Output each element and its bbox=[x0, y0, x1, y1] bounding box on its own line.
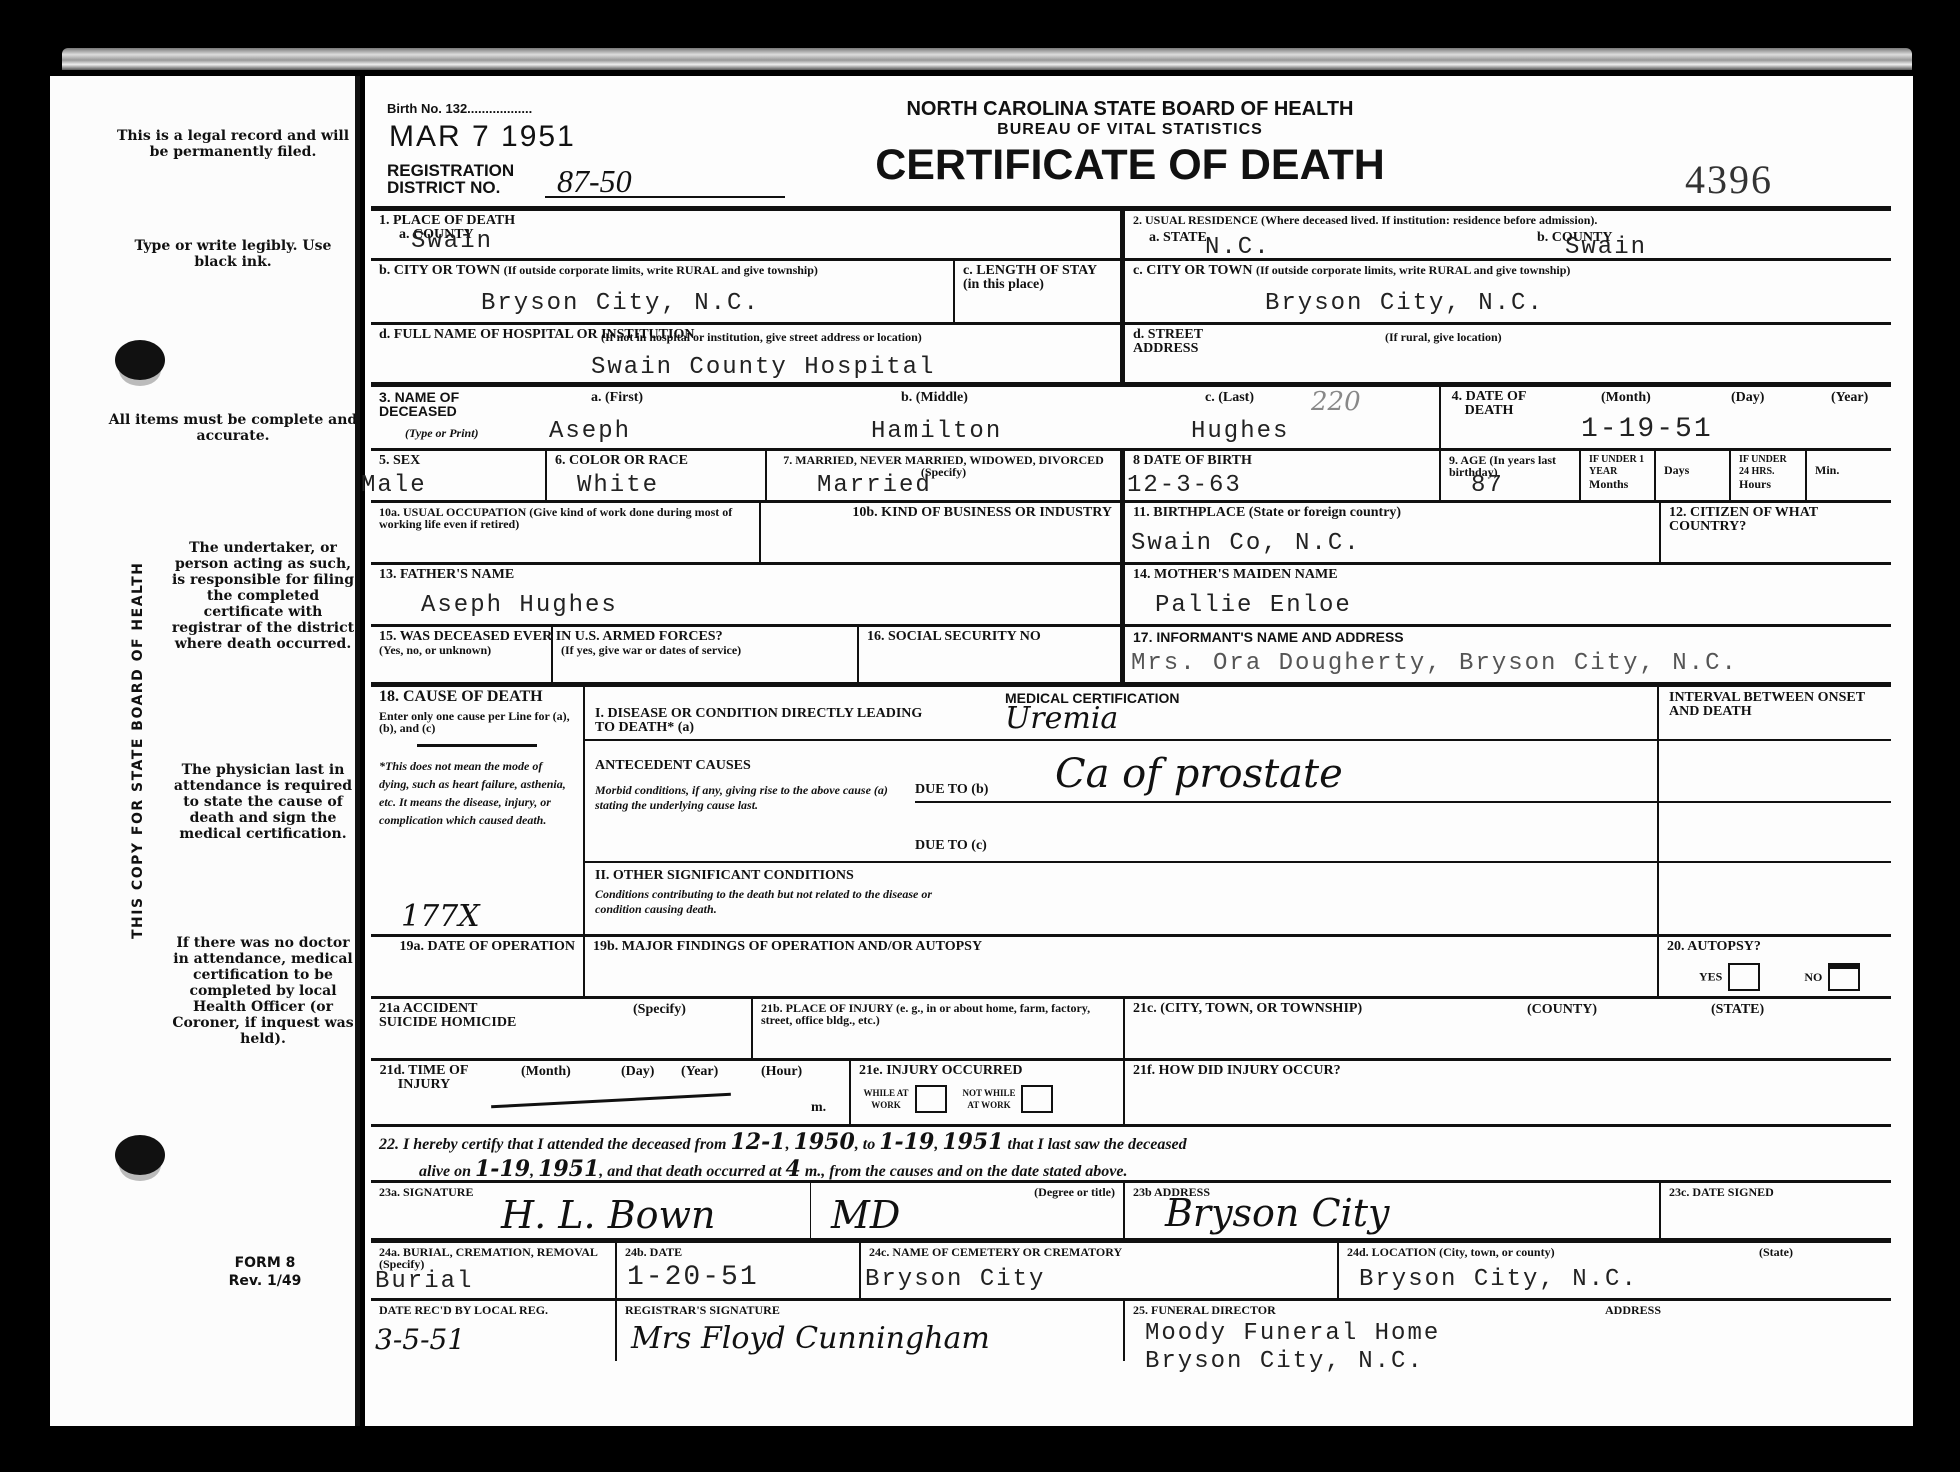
field-label: Hours bbox=[1739, 478, 1797, 490]
cert-text: 22. I hereby certify that I attended the… bbox=[379, 1136, 727, 1153]
birth-number: Birth No. 132.................. bbox=[387, 101, 532, 116]
punch-hole-icon bbox=[115, 1135, 165, 1175]
registration-district-no: 87-50 bbox=[545, 166, 785, 198]
field-label: (State) bbox=[1759, 1246, 1793, 1258]
burial-location-value: Bryson City, N.C. bbox=[1359, 1267, 1638, 1293]
stub-note-legal: This is a legal record and will be perma… bbox=[108, 128, 358, 160]
attended-to-value: 1-19 bbox=[879, 1129, 934, 1155]
row-occupation: 10a. USUAL OCCUPATION (Give kind of work… bbox=[371, 503, 1891, 565]
age-value: 87 bbox=[1471, 473, 1504, 499]
row-injury-time: 21d. TIME OF INJURY (Month) (Day) (Year)… bbox=[371, 1061, 1891, 1127]
field-label: c. LENGTH OF STAY (in this place) bbox=[963, 264, 1112, 292]
row-cause-of-death: 18. CAUSE OF DEATH Enter only one cause … bbox=[371, 687, 1891, 937]
degree-title: (Degree or title) MD bbox=[811, 1183, 1125, 1238]
row-signature: 23a. SIGNATURE H. L. Bown (Degree or tit… bbox=[371, 1183, 1891, 1243]
autopsy-no-checkbox[interactable] bbox=[1828, 963, 1860, 991]
physician-address: 23b ADDRESS Bryson City bbox=[1125, 1183, 1661, 1238]
org-name: NORTH CAROLINA STATE BOARD OF HEALTH bbox=[805, 98, 1455, 121]
form-number: FORM 8 Rev. 1/49 bbox=[200, 1254, 330, 1290]
divider bbox=[915, 801, 1657, 803]
deceased-name: 3. NAME OF DECEASED (Type or Print) a. (… bbox=[371, 387, 1441, 448]
accident-type: 21a ACCIDENT SUICIDE HOMICIDE (Specify) bbox=[371, 999, 753, 1058]
field-label: Days bbox=[1664, 464, 1721, 476]
marital-status: 7. MARRIED, NEVER MARRIED, WIDOWED, DIVO… bbox=[767, 451, 1125, 500]
field-label: 4. DATE OF DEATH bbox=[1449, 390, 1529, 418]
field-label: (Year) bbox=[681, 1065, 718, 1079]
age-days: Days bbox=[1656, 451, 1731, 500]
field-label: 1. PLACE OF DEATH bbox=[379, 214, 1112, 228]
death-time-value: 4 bbox=[786, 1156, 801, 1182]
issuing-org: NORTH CAROLINA STATE BOARD OF HEALTH BUR… bbox=[805, 98, 1455, 190]
mother-maiden-name: 14. MOTHER'S MAIDEN NAME Pallie Enloe bbox=[1125, 565, 1891, 624]
autopsy-yes-checkbox[interactable] bbox=[1728, 963, 1760, 991]
citizenship: 12. CITIZEN OF WHAT COUNTRY? bbox=[1661, 503, 1891, 562]
usual-occupation: 10a. USUAL OCCUPATION (Give kind of work… bbox=[371, 503, 761, 562]
mother-value: Pallie Enloe bbox=[1155, 593, 1352, 619]
field-label: 3. NAME OF DECEASED bbox=[379, 390, 499, 418]
field-label: 21a ACCIDENT SUICIDE HOMICIDE bbox=[379, 1002, 529, 1030]
registrar-signature-value: Mrs Floyd Cunningham bbox=[631, 1321, 990, 1356]
divider bbox=[585, 739, 1657, 741]
field-label: (Month) bbox=[521, 1065, 571, 1079]
field-label: 12. CITIZEN OF WHAT COUNTRY? bbox=[1669, 506, 1883, 534]
field-value: Swain bbox=[1565, 235, 1647, 261]
last-seen-year: 1951 bbox=[538, 1156, 599, 1182]
field-label: 8 DATE OF BIRTH bbox=[1133, 454, 1431, 468]
field-hint: (If outside corporate limits, write RURA… bbox=[1256, 263, 1570, 277]
divider bbox=[1659, 739, 1891, 741]
field-label: DUE TO (c) bbox=[915, 839, 987, 853]
row-operation: 19a. DATE OF OPERATION 19b. MAJOR FINDIN… bbox=[371, 937, 1891, 999]
field-value: Swain County Hospital bbox=[591, 355, 935, 381]
struck-through-time bbox=[491, 1093, 731, 1109]
field-label: 6. COLOR OR RACE bbox=[555, 454, 757, 468]
field-hint: (Type or Print) bbox=[405, 427, 479, 439]
field-label: 15. WAS DECEASED EVER IN U.S. ARMED FORC… bbox=[379, 630, 543, 644]
field-label: 10a. USUAL OCCUPATION (Give kind of work… bbox=[379, 506, 751, 530]
field-label: (Hour) bbox=[761, 1065, 802, 1079]
residence-state-county: 2. USUAL RESIDENCE (Where deceased lived… bbox=[1125, 211, 1891, 258]
field-label: 24d. LOCATION (City, town, or county) bbox=[1347, 1245, 1555, 1259]
divider bbox=[417, 744, 537, 747]
last-name-value: Hughes bbox=[1191, 419, 1289, 445]
race-value: White bbox=[577, 473, 659, 499]
form-no: FORM 8 bbox=[200, 1254, 330, 1272]
instruction-stub bbox=[50, 76, 360, 1426]
length-of-stay: c. LENGTH OF STAY (in this place) bbox=[955, 261, 1125, 322]
social-security-no: 16. SOCIAL SECURITY NO bbox=[859, 627, 1125, 682]
form-rev: Rev. 1/49 bbox=[200, 1272, 330, 1290]
field-label: ANTECEDENT CAUSES bbox=[595, 759, 751, 773]
how-injury-occurred: 21f. HOW DID INJURY OCCUR? bbox=[1125, 1061, 1891, 1124]
stub-note-legibly: Type or write legibly. Use black ink. bbox=[133, 238, 333, 270]
form-grid: 1. PLACE OF DEATH a. COUNTY Swain 2. USU… bbox=[371, 206, 1891, 1361]
attended-to-year: 1951 bbox=[942, 1129, 1003, 1155]
field-label: d. STREET ADDRESS bbox=[1133, 328, 1243, 356]
received-stamp: MAR 7 1951 bbox=[389, 120, 576, 154]
first-name-value: Aseph bbox=[549, 419, 631, 445]
divider bbox=[1659, 861, 1891, 863]
date-received-value: 3-5-51 bbox=[375, 1323, 465, 1356]
place-of-injury: 21b. PLACE OF INJURY (e. g., in or about… bbox=[753, 999, 1125, 1058]
field-hint: (If not in hospital or institution, give… bbox=[601, 331, 922, 343]
field-hint: Conditions contributing to the death but… bbox=[595, 887, 955, 917]
dob-value: 12-3-63 bbox=[1127, 473, 1242, 499]
field-label: II. OTHER SIGNIFICANT CONDITIONS bbox=[595, 869, 854, 883]
not-while-at-work-label: NOT WHILE AT WORK bbox=[961, 1087, 1017, 1111]
cause-lines: MEDICAL CERTIFICATION I. DISEASE OR COND… bbox=[585, 687, 1659, 934]
field-label: c. CITY OR TOWN bbox=[1133, 263, 1253, 278]
cause-a-value: Uremia bbox=[1005, 701, 1118, 736]
row-injury-place: 21a ACCIDENT SUICIDE HOMICIDE (Specify) … bbox=[371, 999, 1891, 1061]
place-of-death-city: b. CITY OR TOWN (If outside corporate li… bbox=[371, 261, 955, 322]
autopsy-options: YES NO bbox=[1699, 963, 1860, 991]
field-value: Bryson City, N.C. bbox=[481, 291, 760, 317]
divider bbox=[1659, 801, 1891, 803]
field-label: 9. AGE (In years last birthday) bbox=[1449, 454, 1571, 478]
field-label: 24c. NAME OF CEMETERY OR CREMATORY bbox=[869, 1246, 1329, 1258]
field-label: a. STATE bbox=[1149, 231, 1207, 245]
time-of-injury: 21d. TIME OF INJURY (Month) (Day) (Year)… bbox=[371, 1061, 851, 1124]
field-label: DATE REC'D BY LOCAL REG. bbox=[379, 1304, 607, 1316]
while-at-work-checkbox[interactable] bbox=[915, 1085, 947, 1113]
field-label: 21c. (CITY, TOWN, OR TOWNSHIP) bbox=[1133, 1002, 1883, 1016]
interval-onset-death: INTERVAL BETWEEN ONSET AND DEATH bbox=[1659, 687, 1891, 934]
field-value: Bryson City, N.C. bbox=[1265, 291, 1544, 317]
autopsy-yes-label: YES bbox=[1699, 970, 1722, 984]
cert-text: m., from the causes and on the date stat… bbox=[805, 1163, 1128, 1180]
physician-signature: 23a. SIGNATURE H. L. Bown bbox=[371, 1183, 811, 1238]
field-label: 21f. HOW DID INJURY OCCUR? bbox=[1133, 1064, 1883, 1078]
informant: 17. INFORMANT'S NAME AND ADDRESS Mrs. Or… bbox=[1125, 627, 1891, 682]
field-hint: (If rural, give location) bbox=[1385, 331, 1502, 343]
birthplace: 11. BIRTHPLACE (State or foreign country… bbox=[1125, 503, 1661, 562]
kind-of-business: 10b. KIND OF BUSINESS OR INDUSTRY bbox=[761, 503, 1125, 562]
certificate-sheet: Birth No. 132.................. MAR 7 19… bbox=[365, 76, 1913, 1426]
informant-value: Mrs. Ora Dougherty, Bryson City, N.C. bbox=[1131, 651, 1738, 677]
field-label: m. bbox=[811, 1101, 826, 1115]
stub-note-physician: The physician last in attendance is requ… bbox=[168, 762, 358, 842]
field-label: 14. MOTHER'S MAIDEN NAME bbox=[1133, 568, 1883, 582]
field-label: (Day) bbox=[621, 1065, 654, 1079]
armed-forces: 15. WAS DECEASED EVER IN U.S. ARMED FORC… bbox=[371, 627, 553, 682]
date-of-death: 4. DATE OF DEATH (Month) (Day) (Year) 1-… bbox=[1441, 387, 1891, 448]
stub-note-complete: All items must be complete and accurate. bbox=[108, 412, 358, 444]
field-label: (Month) bbox=[1601, 391, 1651, 405]
last-name-annotation: 220 bbox=[1311, 387, 1361, 417]
injury-location: 21c. (CITY, TOWN, OR TOWNSHIP) (COUNTY) … bbox=[1125, 999, 1891, 1058]
age-minutes: Min. bbox=[1807, 451, 1891, 500]
field-label: 11. BIRTHPLACE (State or foreign country… bbox=[1133, 505, 1401, 520]
field-label: 19b. MAJOR FINDINGS OF OPERATION AND/OR … bbox=[593, 940, 1649, 954]
registrar-signature: REGISTRAR'S SIGNATURE Mrs Floyd Cunningh… bbox=[617, 1301, 1125, 1361]
row-informant: 15. WAS DECEASED EVER IN U.S. ARMED FORC… bbox=[371, 627, 1891, 687]
cert-text: and that death occurred at bbox=[607, 1163, 781, 1180]
burial-location: 24d. LOCATION (City, town, or county)(St… bbox=[1339, 1243, 1891, 1298]
field-hint: Morbid conditions, if any, giving rise t… bbox=[595, 783, 915, 813]
field-label: 5. SEX bbox=[379, 454, 537, 468]
field-label: I. DISEASE OR CONDITION DIRECTLY LEADING… bbox=[595, 707, 925, 735]
date-of-birth: 8 DATE OF BIRTH 12-3-63 bbox=[1125, 451, 1441, 500]
father-name: 13. FATHER'S NAME Aseph Hughes bbox=[371, 565, 1125, 624]
field-label: ADDRESS bbox=[1605, 1304, 1661, 1316]
marital-value: Married bbox=[817, 473, 932, 499]
field-label: 21e. INJURY OCCURRED bbox=[859, 1064, 1115, 1078]
date-received: DATE REC'D BY LOCAL REG. 3-5-51 bbox=[371, 1301, 617, 1361]
field-label: 21d. TIME OF INJURY bbox=[379, 1064, 469, 1092]
field-label: 18. CAUSE OF DEATH bbox=[379, 690, 575, 704]
residence-city: c. CITY OR TOWN (If outside corporate li… bbox=[1125, 261, 1891, 322]
autopsy: 20. AUTOPSY? YES NO bbox=[1659, 937, 1891, 996]
field-label: 16. SOCIAL SECURITY NO bbox=[867, 630, 1112, 644]
attended-from-year: 1950 bbox=[794, 1129, 855, 1155]
field-label: 23c. DATE SIGNED bbox=[1669, 1186, 1883, 1198]
field-label: c. (Last) bbox=[1205, 391, 1254, 405]
field-label: 21b. PLACE OF INJURY (e. g., in or about… bbox=[761, 1002, 1115, 1026]
field-label: (COUNTY) bbox=[1527, 1003, 1597, 1017]
cemetery-value: Bryson City bbox=[865, 1267, 1045, 1293]
row-demographics: 5. SEX Male 6. COLOR OR RACE White 7. MA… bbox=[371, 451, 1891, 503]
registration-label-1: REGISTRATION bbox=[387, 162, 514, 179]
binder-strip bbox=[62, 48, 1912, 70]
attended-from-value: 12-1 bbox=[731, 1129, 786, 1155]
stub-note-no-doctor: If there was no doctor in attendance, me… bbox=[168, 935, 358, 1047]
cemetery-name: 24c. NAME OF CEMETERY OR CREMATORY Bryso… bbox=[861, 1243, 1339, 1298]
field-label: INTERVAL BETWEEN ONSET AND DEATH bbox=[1659, 687, 1891, 723]
field-label: Min. bbox=[1815, 464, 1883, 476]
row-name: 3. NAME OF DECEASED (Type or Print) a. (… bbox=[371, 387, 1891, 451]
while-at-work-label: WHILE AT WORK bbox=[861, 1087, 911, 1111]
armed-forces-service: (If yes, give war or dates of service) bbox=[553, 627, 859, 682]
field-label: DUE TO (b) bbox=[915, 783, 988, 797]
autopsy-no-label: NO bbox=[1804, 970, 1822, 984]
document-title: CERTIFICATE OF DEATH bbox=[805, 141, 1455, 190]
funeral-address-value: Bryson City, N.C. bbox=[1145, 1349, 1424, 1375]
field-label: a. (First) bbox=[591, 391, 643, 405]
row-hospital: d. FULL NAME OF HOSPITAL OR INSTITUTION … bbox=[371, 325, 1891, 387]
field-label: IF UNDER 1 YEAR bbox=[1589, 454, 1646, 478]
disposition-value: Burial bbox=[375, 1269, 473, 1295]
field-label: 17. INFORMANT'S NAME AND ADDRESS bbox=[1133, 630, 1883, 644]
burial-date-value: 1-20-51 bbox=[627, 1265, 759, 1291]
certificate-number: 4396 bbox=[1685, 156, 1773, 203]
punch-hole-icon bbox=[115, 340, 165, 380]
field-label: 2. USUAL RESIDENCE (Where deceased lived… bbox=[1133, 213, 1378, 227]
field-note: *This does not mean the mode of dying, s… bbox=[379, 757, 575, 829]
cert-text: alive on bbox=[419, 1163, 471, 1180]
father-value: Aseph Hughes bbox=[421, 593, 618, 619]
attending-certification: 22. I hereby certify that I attended the… bbox=[371, 1127, 1891, 1180]
age-hours: IF UNDER 24 HRS. Hours bbox=[1731, 451, 1807, 500]
field-value: Swain bbox=[411, 229, 493, 255]
age-months: IF UNDER 1 YEAR Months bbox=[1581, 451, 1656, 500]
birthplace-value: Swain Co, N.C. bbox=[1131, 531, 1361, 557]
operation-findings: 19b. MAJOR FINDINGS OF OPERATION AND/OR … bbox=[585, 937, 1659, 996]
hospital-name: d. FULL NAME OF HOSPITAL OR INSTITUTION … bbox=[371, 325, 1125, 382]
field-label: (Year) bbox=[1831, 391, 1868, 405]
stub-note-undertaker: The undertaker, or person acting as such… bbox=[168, 540, 358, 652]
field-label: (Day) bbox=[1731, 391, 1764, 405]
registration-label: REGISTRATION DISTRICT NO. bbox=[387, 162, 514, 196]
field-value: N.C. bbox=[1205, 235, 1271, 261]
row-county: 1. PLACE OF DEATH a. COUNTY Swain 2. USU… bbox=[371, 211, 1891, 261]
middle-name-value: Hamilton bbox=[871, 419, 1002, 445]
field-label: (Specify) bbox=[633, 1003, 686, 1017]
field-label: REGISTRAR'S SIGNATURE bbox=[625, 1304, 1115, 1316]
field-hint: Enter only one cause per Line for (a), (… bbox=[379, 710, 575, 734]
date-of-death-value: 1-19-51 bbox=[1581, 417, 1713, 443]
race: 6. COLOR OR RACE White bbox=[547, 451, 767, 500]
injury-occurred-options: WHILE AT WORK NOT WHILE AT WORK bbox=[861, 1085, 1053, 1113]
field-label: 25. FUNERAL DIRECTOR bbox=[1133, 1303, 1276, 1317]
row-registrar: DATE REC'D BY LOCAL REG. 3-5-51 REGISTRA… bbox=[371, 1301, 1891, 1361]
field-label: 20. AUTOPSY? bbox=[1667, 940, 1883, 954]
field-label: 13. FATHER'S NAME bbox=[379, 568, 1112, 582]
funeral-director-value: Moody Funeral Home bbox=[1145, 1321, 1440, 1347]
field-label: 19a. DATE OF OPERATION bbox=[379, 940, 575, 954]
field-label: (STATE) bbox=[1711, 1003, 1764, 1017]
field-label: Months bbox=[1589, 478, 1646, 490]
row-burial: 24a. BURIAL, CREMATION, REMOVAL (Specify… bbox=[371, 1243, 1891, 1301]
row-parents: 13. FATHER'S NAME Aseph Hughes 14. MOTHE… bbox=[371, 565, 1891, 627]
registration-label-2: DISTRICT NO. bbox=[387, 179, 514, 196]
place-of-death-county: 1. PLACE OF DEATH a. COUNTY Swain bbox=[371, 211, 1125, 258]
disposition: 24a. BURIAL, CREMATION, REMOVAL (Specify… bbox=[371, 1243, 617, 1298]
field-hint: (Yes, no, or unknown) bbox=[379, 644, 543, 656]
field-hint: (If outside corporate limits, write RURA… bbox=[504, 263, 818, 277]
signature-value: H. L. Bown bbox=[501, 1193, 716, 1237]
field-label: b. CITY OR TOWN bbox=[379, 263, 500, 278]
cert-text: to bbox=[863, 1136, 875, 1153]
field-label: b. (Middle) bbox=[901, 391, 968, 405]
sex: 5. SEX Male bbox=[371, 451, 547, 500]
age: 9. AGE (In years last birthday) 87 bbox=[1441, 451, 1581, 500]
last-seen-date: 1-19 bbox=[475, 1156, 530, 1182]
row-city: b. CITY OR TOWN (If outside corporate li… bbox=[371, 261, 1891, 325]
bureau-name: BUREAU OF VITAL STATISTICS bbox=[805, 121, 1455, 139]
copy-label: THIS COPY FOR STATE BOARD OF HEALTH bbox=[130, 540, 160, 960]
cause-code: 177X bbox=[401, 899, 480, 934]
degree-value: MD bbox=[831, 1193, 900, 1237]
field-hint: If institution: residence before admissi… bbox=[1381, 213, 1597, 227]
field-label: IF UNDER 24 HRS. bbox=[1739, 454, 1797, 478]
cause-b-value: Ca of prostate bbox=[1055, 751, 1343, 797]
sex-value: Male bbox=[361, 473, 427, 499]
not-while-at-work-checkbox[interactable] bbox=[1021, 1085, 1053, 1113]
burial-date: 24b. DATE 1-20-51 bbox=[617, 1243, 861, 1298]
field-label: 10b. KIND OF BUSINESS OR INDUSTRY bbox=[769, 506, 1112, 520]
cause-of-death-instructions: 18. CAUSE OF DEATH Enter only one cause … bbox=[371, 687, 585, 934]
date-signed: 23c. DATE SIGNED bbox=[1661, 1183, 1891, 1238]
field-label: 24b. DATE bbox=[625, 1246, 851, 1258]
funeral-director: 25. FUNERAL DIRECTORADDRESS Moody Funera… bbox=[1125, 1301, 1891, 1361]
operation-date: 19a. DATE OF OPERATION bbox=[371, 937, 585, 996]
cert-text: that I last saw the deceased bbox=[1008, 1136, 1187, 1153]
address-value: Bryson City bbox=[1165, 1191, 1389, 1235]
field-hint: (If yes, give war or dates of service) bbox=[561, 644, 849, 656]
injury-occurred: 21e. INJURY OCCURRED WHILE AT WORK NOT W… bbox=[851, 1061, 1125, 1124]
row-certification: 22. I hereby certify that I attended the… bbox=[371, 1127, 1891, 1183]
divider bbox=[585, 861, 1657, 863]
residence-street: d. STREET ADDRESS (If rural, give locati… bbox=[1125, 325, 1891, 382]
field-label: 24a. BURIAL, CREMATION, REMOVAL (Specify… bbox=[379, 1246, 607, 1270]
